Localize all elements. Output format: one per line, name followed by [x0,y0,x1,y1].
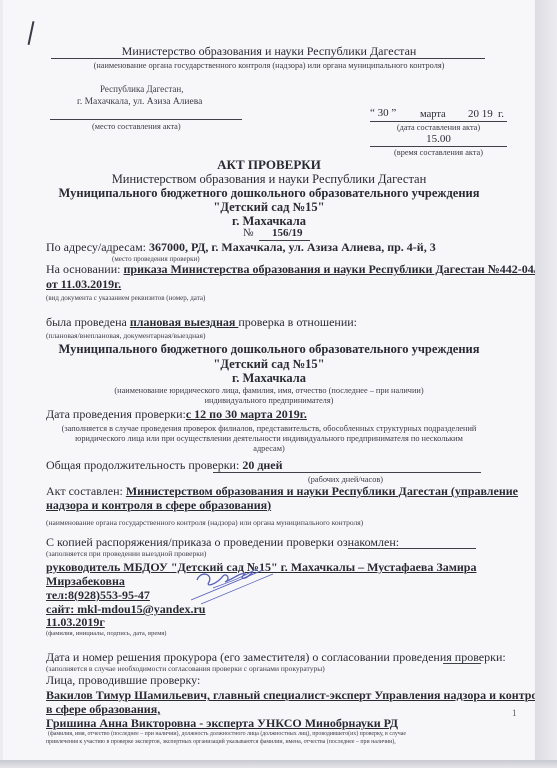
prosecutor-rule [443,663,481,664]
inspection-type-value: плановая выездная [130,315,239,329]
inspection-dates-caption-line3: адресам) [3,444,535,453]
inspector1-line1: Вакилов Тимур Шамильевич, главный специа… [46,688,550,703]
address-label: По адресу/адресам: [46,240,149,254]
act-by: Министерством образования и науки Респуб… [3,172,535,187]
inspection-type-prefix: была проведена [46,315,130,329]
inspection-dates-caption-line2: юридического лица или при осуществлении … [3,434,535,443]
composed-by-row: Акт составлен: Министерством образования… [46,484,518,499]
organ-caption: (наименование органа государственного ко… [3,61,535,70]
acquainted-position: руководитель МБДОУ [46,560,171,574]
place-line1: Республика Дагестан, [100,84,183,94]
inspectors-caption-line1: (фамилия, имя, отчество (последнее – при… [48,731,406,737]
inspection-dates-label: Дата проведения проверки: [46,407,186,421]
place-rule [50,119,242,120]
act-heading: АКТ ПРОВЕРКИ [3,157,535,173]
act-org-line2: "Детский сад №15" [3,200,535,215]
organ-name: Министерство образования и науки Республ… [3,44,535,59]
subject-line1: Муниципального бюджетного дошкольного об… [3,342,535,357]
subject-line2: "Детский сад №15" [3,357,535,372]
acquainted-line2: Мирзабековна [46,574,125,589]
acquainted-date: 11.03.2019г [46,615,105,630]
subject-line3: г. Махачкала [3,371,535,386]
inspection-type-suffix: проверка в отношении: [238,315,357,329]
organ-name-rule [51,58,485,59]
composed-by-value-line2: надзора и контроля в сфере образования) [46,498,271,513]
acquainted-label: С копией распоряжения/приказа о проведен… [46,535,399,550]
composed-by-caption: (наименование органа государственного ко… [46,518,363,527]
document-page: Министерство образования и науки Республ… [3,0,535,762]
inspectors-caption-line2: привлечения к участию в проверке эксперт… [46,739,396,745]
duration-value: 20 дней [242,458,282,472]
date-caption: (дата составления акта) [370,123,507,132]
inspection-dates-row: Дата проведения проверки:с 12 по 30 март… [46,407,307,422]
act-number: 156/19 [272,227,303,239]
subject-caption-line1: (наименование юридического лица, фамилия… [3,386,535,395]
composed-by-value-line1: Министерством образования и науки Респуб… [126,484,518,498]
act-org-line1: Муниципального бюджетного дошкольного об… [3,186,535,201]
date-month: марта [420,109,446,120]
place-line2: г. Махачкала, ул. Азиза Алиева [77,97,202,107]
date-day: “ 30 ” [370,107,396,119]
date-rule [370,121,507,122]
address-row: По адресу/адресам: 367000, РД, г. Махачк… [46,240,436,255]
basis-row: На основании: приказа Министерства образ… [46,262,549,277]
time-caption: (время составления акта) [370,148,507,157]
page-edge-right [535,0,557,768]
duration-caption: (рабочих дней/часов) [308,475,383,484]
duration-label: Общая продолжительность проверки: [46,458,242,472]
subject-caption-line2: индивидуального предпринимателя) [3,396,535,405]
basis-value-line2: от 11.03.2019г. [46,277,121,292]
prosecutor-label: Дата и номер решения прокурора (его заме… [46,650,506,665]
date-year-suffix: г. [498,108,504,120]
act-org-line3: г. Махачкала [3,214,535,229]
time-rule [370,146,507,147]
signature-icon [183,560,283,610]
inspectors-label: Лица, проводившие проверку: [46,673,200,688]
acquainted-caption: (заполняется при проведении выездной про… [46,549,206,558]
acquainted-name: г. Махачкалы – Мустафаева Замира [278,560,477,574]
inspector1-line2: в сфере образования, [46,702,160,717]
date-year: 20 19 [468,108,493,120]
time-value: 15.00 [370,133,507,145]
duration-row: Общая продолжительность проверки: 20 дне… [46,458,283,473]
act-number-label: № [243,227,254,239]
pen-mark [28,21,34,45]
inspection-type-caption: (плановая/внеплановая, документарная/вые… [46,331,205,340]
acquainted-phone: тел:8(928)553-95-47 [46,588,150,603]
inspector2: Гришина Анна Викторовна - эксперта УНКСО… [46,716,398,731]
page-edge-bottom [0,760,557,768]
page-number: 1 [512,708,517,718]
basis-caption: (вид документа с указанием реквизитов (н… [46,294,205,302]
inspection-dates-caption-line1: (заполняется в случае проведения проверо… [3,424,535,433]
basis-label: На основании: [46,262,123,276]
duration-rule [213,472,481,473]
composed-by-label: Акт составлен: [46,484,126,498]
place-caption: (место составления акта) [92,122,181,131]
acquainted-rule [348,548,476,549]
acquainted-signature-caption: (фамилия, инициалы, подпись, дата, время… [46,630,166,637]
inspection-dates-value: с 12 по 30 марта 2019г. [186,407,307,421]
inspection-type-row: была проведена плановая выездная проверк… [46,315,357,330]
basis-value-line1: приказа Министерства образования и науки… [123,262,549,276]
address-value: 367000, РД, г. Махачкала, ул. Азиза Алие… [149,240,436,254]
prosecutor-caption: (заполняется в случае необходимости согл… [46,664,325,673]
